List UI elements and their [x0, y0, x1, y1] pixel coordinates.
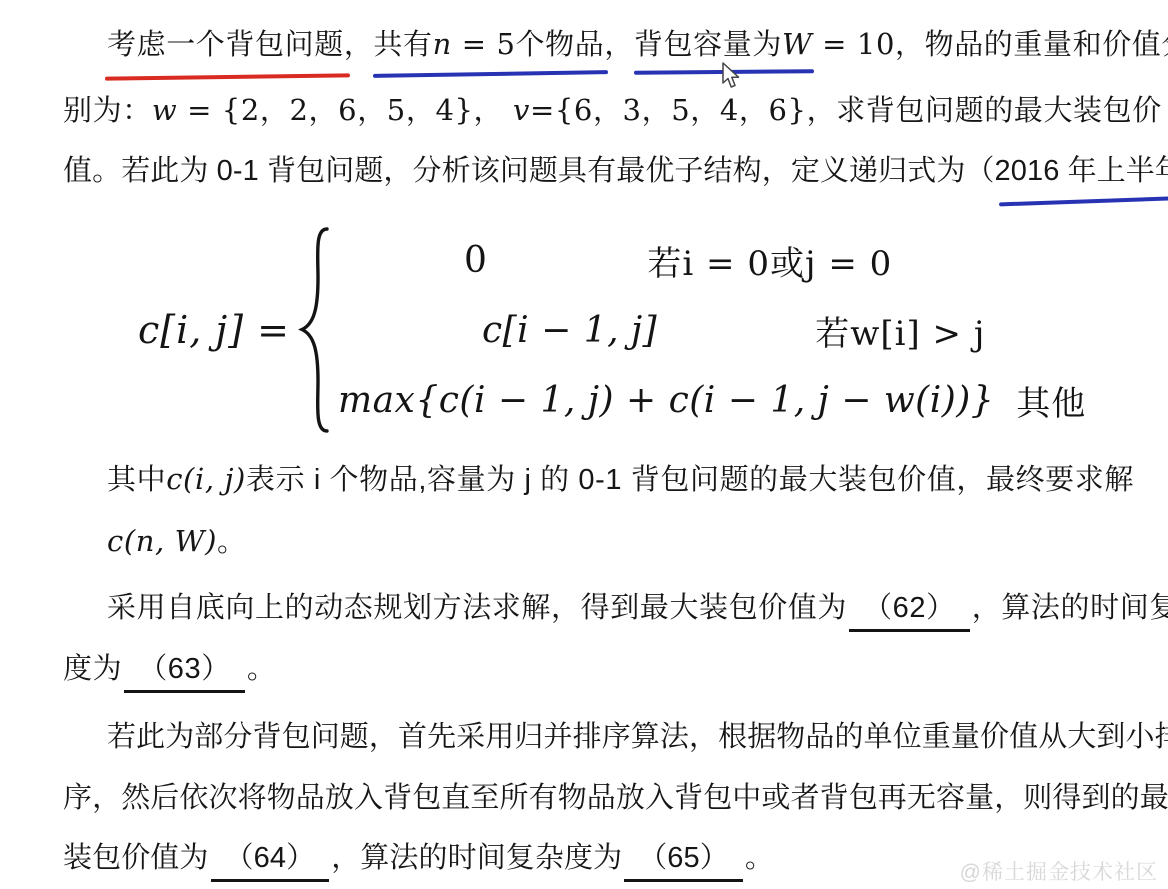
math-var-w: w	[152, 93, 177, 127]
paragraph4-line2: 序，然后依次将物品放入背包直至所有物品放入背包中或者背包再无容量，则得到的最大	[63, 778, 1163, 818]
paragraph3-line2: 度为（63）。	[63, 649, 1163, 693]
formula-case-3: max{c(i − 1, j) + c(i − 1, j − w(i))} 其他	[334, 365, 1086, 435]
text-run: 其中	[107, 464, 166, 496]
math-cnw: c(n, W)	[107, 524, 217, 558]
case2-value: c[i − 1, j]	[482, 310, 657, 351]
text-run: 个物品	[516, 29, 605, 61]
text-run: 。	[745, 842, 774, 874]
blue-underlined-year: 2016 年上半年	[995, 151, 1168, 191]
text-run: ，	[604, 29, 634, 61]
math-var-W: W	[782, 27, 812, 61]
paragraph4-line1: 若此为部分背包问题，首先采用归并排序算法，根据物品的单位重量价值从大到小排	[63, 717, 1163, 757]
text-run: 采用自底向上的动态规划方法求解，得到最大装包价值为	[107, 592, 847, 624]
math-run: = {2，2，6，5，4}，	[177, 93, 513, 127]
math-run: ={6，3，5，4，6}	[530, 93, 807, 127]
text-run: 别为：	[63, 95, 152, 127]
text-run: 背包容量为	[634, 29, 782, 61]
curly-brace-icon	[298, 226, 330, 434]
formula-lhs: c[i, j] =	[138, 308, 290, 352]
case1-condition: 若i = 0或j = 0	[647, 236, 892, 285]
case3-value: max{c(i − 1, j) + c(i − 1, j − w(i))}	[338, 380, 994, 421]
text-run: 值。若此为 0-1 背包问题，分析该问题具有最优子结构，定义递归式为（	[63, 155, 995, 187]
paragraph2-line1: 其中c(i, j)表示 i 个物品,容量为 j 的 0-1 背包问题的最大装包价…	[63, 459, 1163, 500]
text-run: 若此为部分背包问题，首先采用归并排序算法，根据物品的单位重量价值从大到小排	[107, 721, 1168, 753]
case2-condition: 若w[i] > j	[815, 306, 985, 355]
math-run: = 10，物品的重量和价值分	[812, 27, 1168, 61]
paragraph2-line2: c(n, W)。	[63, 521, 1163, 562]
text-run: 。	[217, 526, 247, 558]
formula-cases: 0 若i = 0或j = 0 c[i − 1, j] 若w[i] > j max…	[334, 225, 1086, 435]
math-cij: c(i, j)	[166, 462, 246, 496]
paragraph3-line1: 采用自底向上的动态规划方法求解，得到最大装包价值为（62），算法的时间复杂	[63, 588, 1163, 632]
text-run: 2016 年上半年	[995, 155, 1168, 187]
text-run: 考虑一个背包问题	[107, 29, 344, 61]
paragraph1-line1: 考虑一个背包问题，共有n = 5个物品，背包容量为W = 10，物品的重量和价值…	[63, 24, 1163, 65]
math-run: = 5	[452, 27, 516, 61]
text-run: ，求背包问题的最大装包价	[807, 95, 1162, 127]
paragraph1-line2: 别为：w = {2，2，6，5，4}， v={6，3，5，4，6}，求背包问题的…	[63, 90, 1163, 131]
mouse-cursor-icon	[720, 62, 742, 89]
text-run: 表示 i 个物品,容量为 j 的 0-1 背包问题的最大装包价值，最终要求解	[246, 464, 1134, 496]
case1-value: 0	[464, 240, 487, 281]
blank-63: （63）	[124, 649, 245, 693]
watermark: @稀土掘金技术社区	[960, 856, 1158, 886]
document-page: 考虑一个背包问题，共有n = 5个物品，背包容量为W = 10，物品的重量和价值…	[0, 0, 1168, 889]
blue-underlined-phrase-n5: 共有n = 5个物品	[373, 24, 604, 65]
text-run: 序，然后依次将物品放入背包直至所有物品放入背包中或者背包再无容量，则得到的最大	[63, 782, 1168, 814]
recursive-formula: c[i, j] = 0 若i = 0或j = 0 c[i − 1, j] 若w[…	[138, 224, 1086, 436]
text-run: 度为	[63, 653, 122, 685]
formula-case-1: 0 若i = 0或j = 0	[334, 225, 1086, 295]
text-run: ，算法的时间复杂度为	[331, 842, 622, 874]
blank-62: （62）	[849, 588, 970, 632]
paragraph1-line3: 值。若此为 0-1 背包问题，分析该问题具有最优子结构，定义递归式为（2016 …	[63, 151, 1163, 191]
text-run: 。	[247, 653, 277, 685]
text-run: 装包价值为	[63, 842, 209, 874]
formula-case-2: c[i − 1, j] 若w[i] > j	[334, 295, 1086, 365]
blank-65: （65）	[624, 838, 743, 882]
blank-64: （64）	[211, 838, 330, 882]
text-run: ，	[344, 29, 374, 61]
math-var-n: n	[433, 27, 452, 61]
red-underlined-phrase: 考虑一个背包问题	[107, 25, 344, 65]
text-run: ，算法的时间复杂	[972, 592, 1168, 624]
case3-condition: 其他	[1016, 376, 1086, 425]
math-var-v: v	[513, 93, 530, 127]
blue-underlined-phrase-capacity: 背包容量为W	[634, 24, 812, 65]
text-run: 共有	[373, 29, 432, 61]
